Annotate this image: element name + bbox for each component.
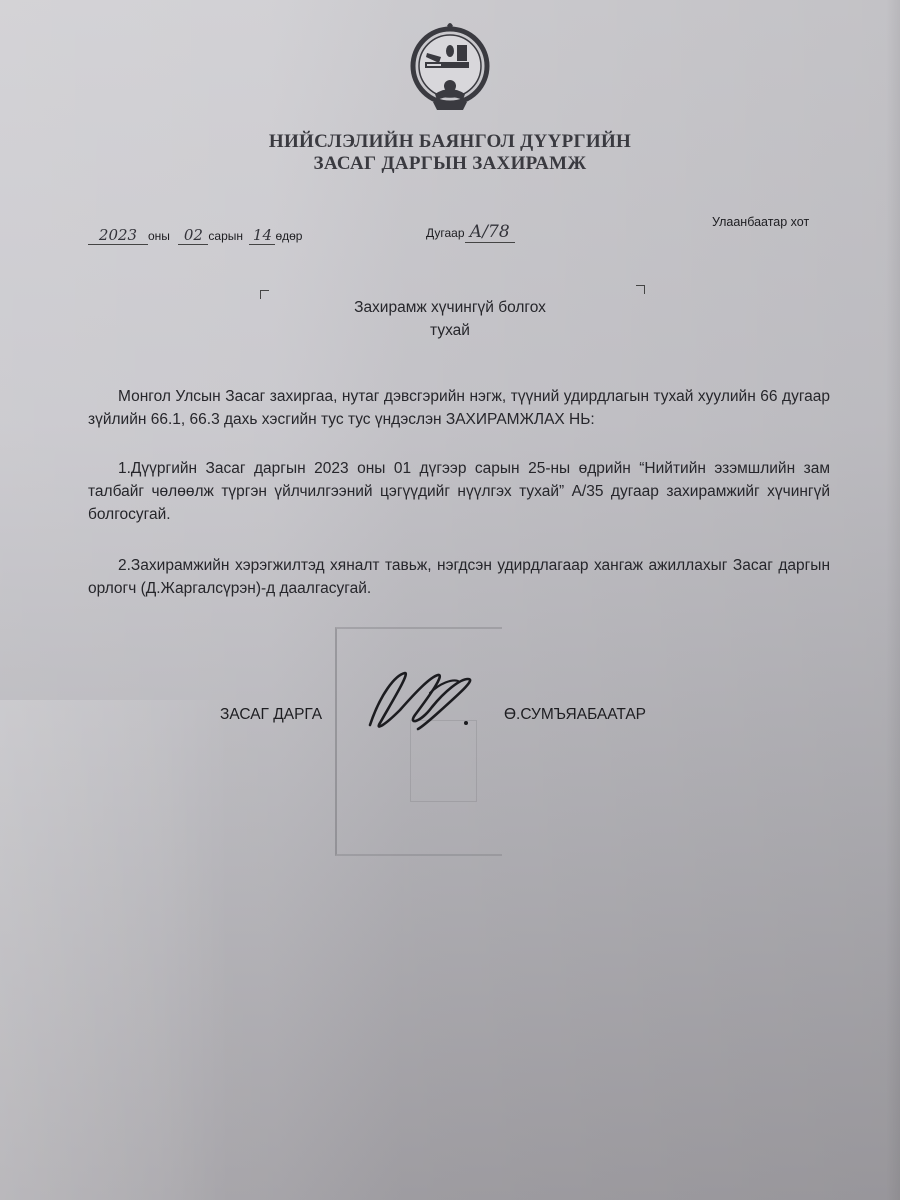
subject-line2: тухай: [300, 322, 600, 340]
subject-line1: Захирамж хүчингүй болгох: [300, 299, 600, 317]
org-title-line1: НИЙСЛЭЛИЙН БАЯНГОЛ ДҮҮРГИЙН: [0, 131, 900, 153]
subject-corner-right: [636, 285, 645, 294]
day-label: өдөр: [275, 229, 302, 243]
order-item-1: 1.Дүүргийн Засаг даргын 2023 оны 01 дүгэ…: [88, 457, 830, 526]
number-label: Дугаар: [426, 226, 465, 240]
handwritten-signature-icon: [360, 665, 485, 735]
number-value: А/78: [465, 222, 515, 243]
date-month: 02: [178, 226, 208, 245]
mongolia-state-emblem-icon: [405, 18, 495, 118]
paper-shadow: [0, 700, 230, 1200]
date-day: 14: [249, 226, 275, 245]
paper-edge: [886, 0, 900, 1200]
city-label: Улаанбаатар хот: [712, 215, 809, 229]
date-year: 2023: [88, 226, 148, 245]
subject-corner-left: [260, 290, 269, 299]
order-item-1-text: 1.Дүүргийн Засаг даргын 2023 оны 01 дүгэ…: [88, 460, 830, 523]
document-date: 2023оны 02сарын 14өдөр: [88, 226, 302, 245]
order-item-2: 2.Захирамжийн хэрэгжилтэд хяналт тавьж, …: [88, 554, 830, 600]
order-item-2-text: 2.Захирамжийн хэрэгжилтэд хяналт тавьж, …: [88, 557, 830, 597]
year-label: оны: [148, 229, 170, 243]
intro-text: Монгол Улсын Засаг захиргаа, нутаг дэвсг…: [88, 388, 830, 428]
signatory-name: Ө.СУМЪЯАБААТАР: [504, 706, 646, 724]
intro-paragraph: Монгол Улсын Засаг захиргаа, нутаг дэвсг…: [88, 385, 830, 431]
month-label: сарын: [208, 229, 243, 243]
org-title-line2: ЗАСАГ ДАРГЫН ЗАХИРАМЖ: [0, 153, 900, 175]
document-number: ДугаарА/78: [426, 222, 515, 243]
signatory-role: ЗАСАГ ДАРГА: [220, 706, 322, 724]
